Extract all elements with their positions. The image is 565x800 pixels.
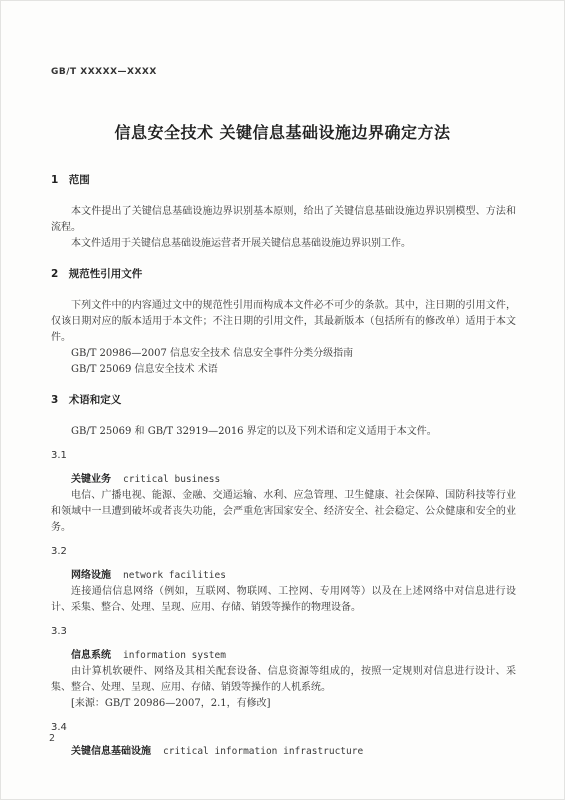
section-3-heading: 3 术语和定义 (51, 392, 516, 407)
term-name-en: network facilities (123, 570, 226, 581)
term-heading: 关键信息基础设施critical information infrastruct… (51, 744, 516, 759)
normative-reference-2: GB/T 25069 信息安全技术 术语 (51, 362, 516, 378)
document-page: GB/T XXXXX—XXXX 信息安全技术 关键信息基础设施边界确定方法 1 … (0, 0, 565, 800)
term-name-zh: 关键业务 (71, 474, 111, 485)
standard-code: GB/T XXXXX—XXXX (51, 67, 157, 77)
term-heading: 信息系统information system (51, 648, 516, 663)
section-2-paragraph-1: 下列文件中的内容通过文中的规范性引用而构成本文件必不可少的条款。其中，注日期的引… (51, 298, 516, 346)
document-body: 1 范围 本文件提出了关键信息基础设施边界识别基本原则，给出了关键信息基础设施边… (51, 172, 516, 760)
term-definition: 电信、广播电视、能源、金融、交通运输、水利、应急管理、卫生健康、社会保障、国防科… (51, 488, 516, 536)
term-name-en: information system (123, 650, 226, 661)
term-number: 3.3 (51, 626, 516, 637)
document-title: 信息安全技术 关键信息基础设施边界确定方法 (1, 120, 564, 143)
term-name-zh: 信息系统 (71, 650, 111, 661)
term-definition: 连接通信信息网络（例如，互联网、物联网、工控网、专用网等）以及在上述网络中对信息… (51, 584, 516, 616)
section-1-paragraph-1: 本文件提出了关键信息基础设施边界识别基本原则，给出了关键信息基础设施边界识别模型… (51, 204, 516, 236)
term-heading: 关键业务critical business (51, 472, 516, 487)
term-heading: 网络设施network facilities (51, 568, 516, 583)
section-3-intro: GB/T 25069 和 GB/T 32919—2016 界定的以及下列术语和定… (51, 424, 516, 440)
term-name-en: critical information infrastructure (163, 746, 363, 757)
section-2-heading: 2 规范性引用文件 (51, 266, 516, 281)
normative-reference-1: GB/T 20986—2007 信息安全技术 信息安全事件分类分级指南 (51, 346, 516, 362)
page-number: 2 (49, 733, 55, 744)
term-definition: 由计算机软硬件、网络及其相关配套设备、信息资源等组成的，按照一定规则对信息进行设… (51, 664, 516, 696)
term-source-note: [来源：GB/T 20986—2007，2.1，有修改] (51, 696, 516, 712)
term-number: 3.1 (51, 450, 516, 461)
term-name-zh: 网络设施 (71, 570, 111, 581)
term-name-zh: 关键信息基础设施 (71, 746, 151, 757)
term-name-en: critical business (123, 474, 220, 485)
section-1-paragraph-2: 本文件适用于关键信息基础设施运营者开展关键信息基础设施边界识别工作。 (51, 236, 516, 252)
term-number: 3.4 (51, 722, 516, 733)
section-1-heading: 1 范围 (51, 172, 516, 187)
term-number: 3.2 (51, 546, 516, 557)
